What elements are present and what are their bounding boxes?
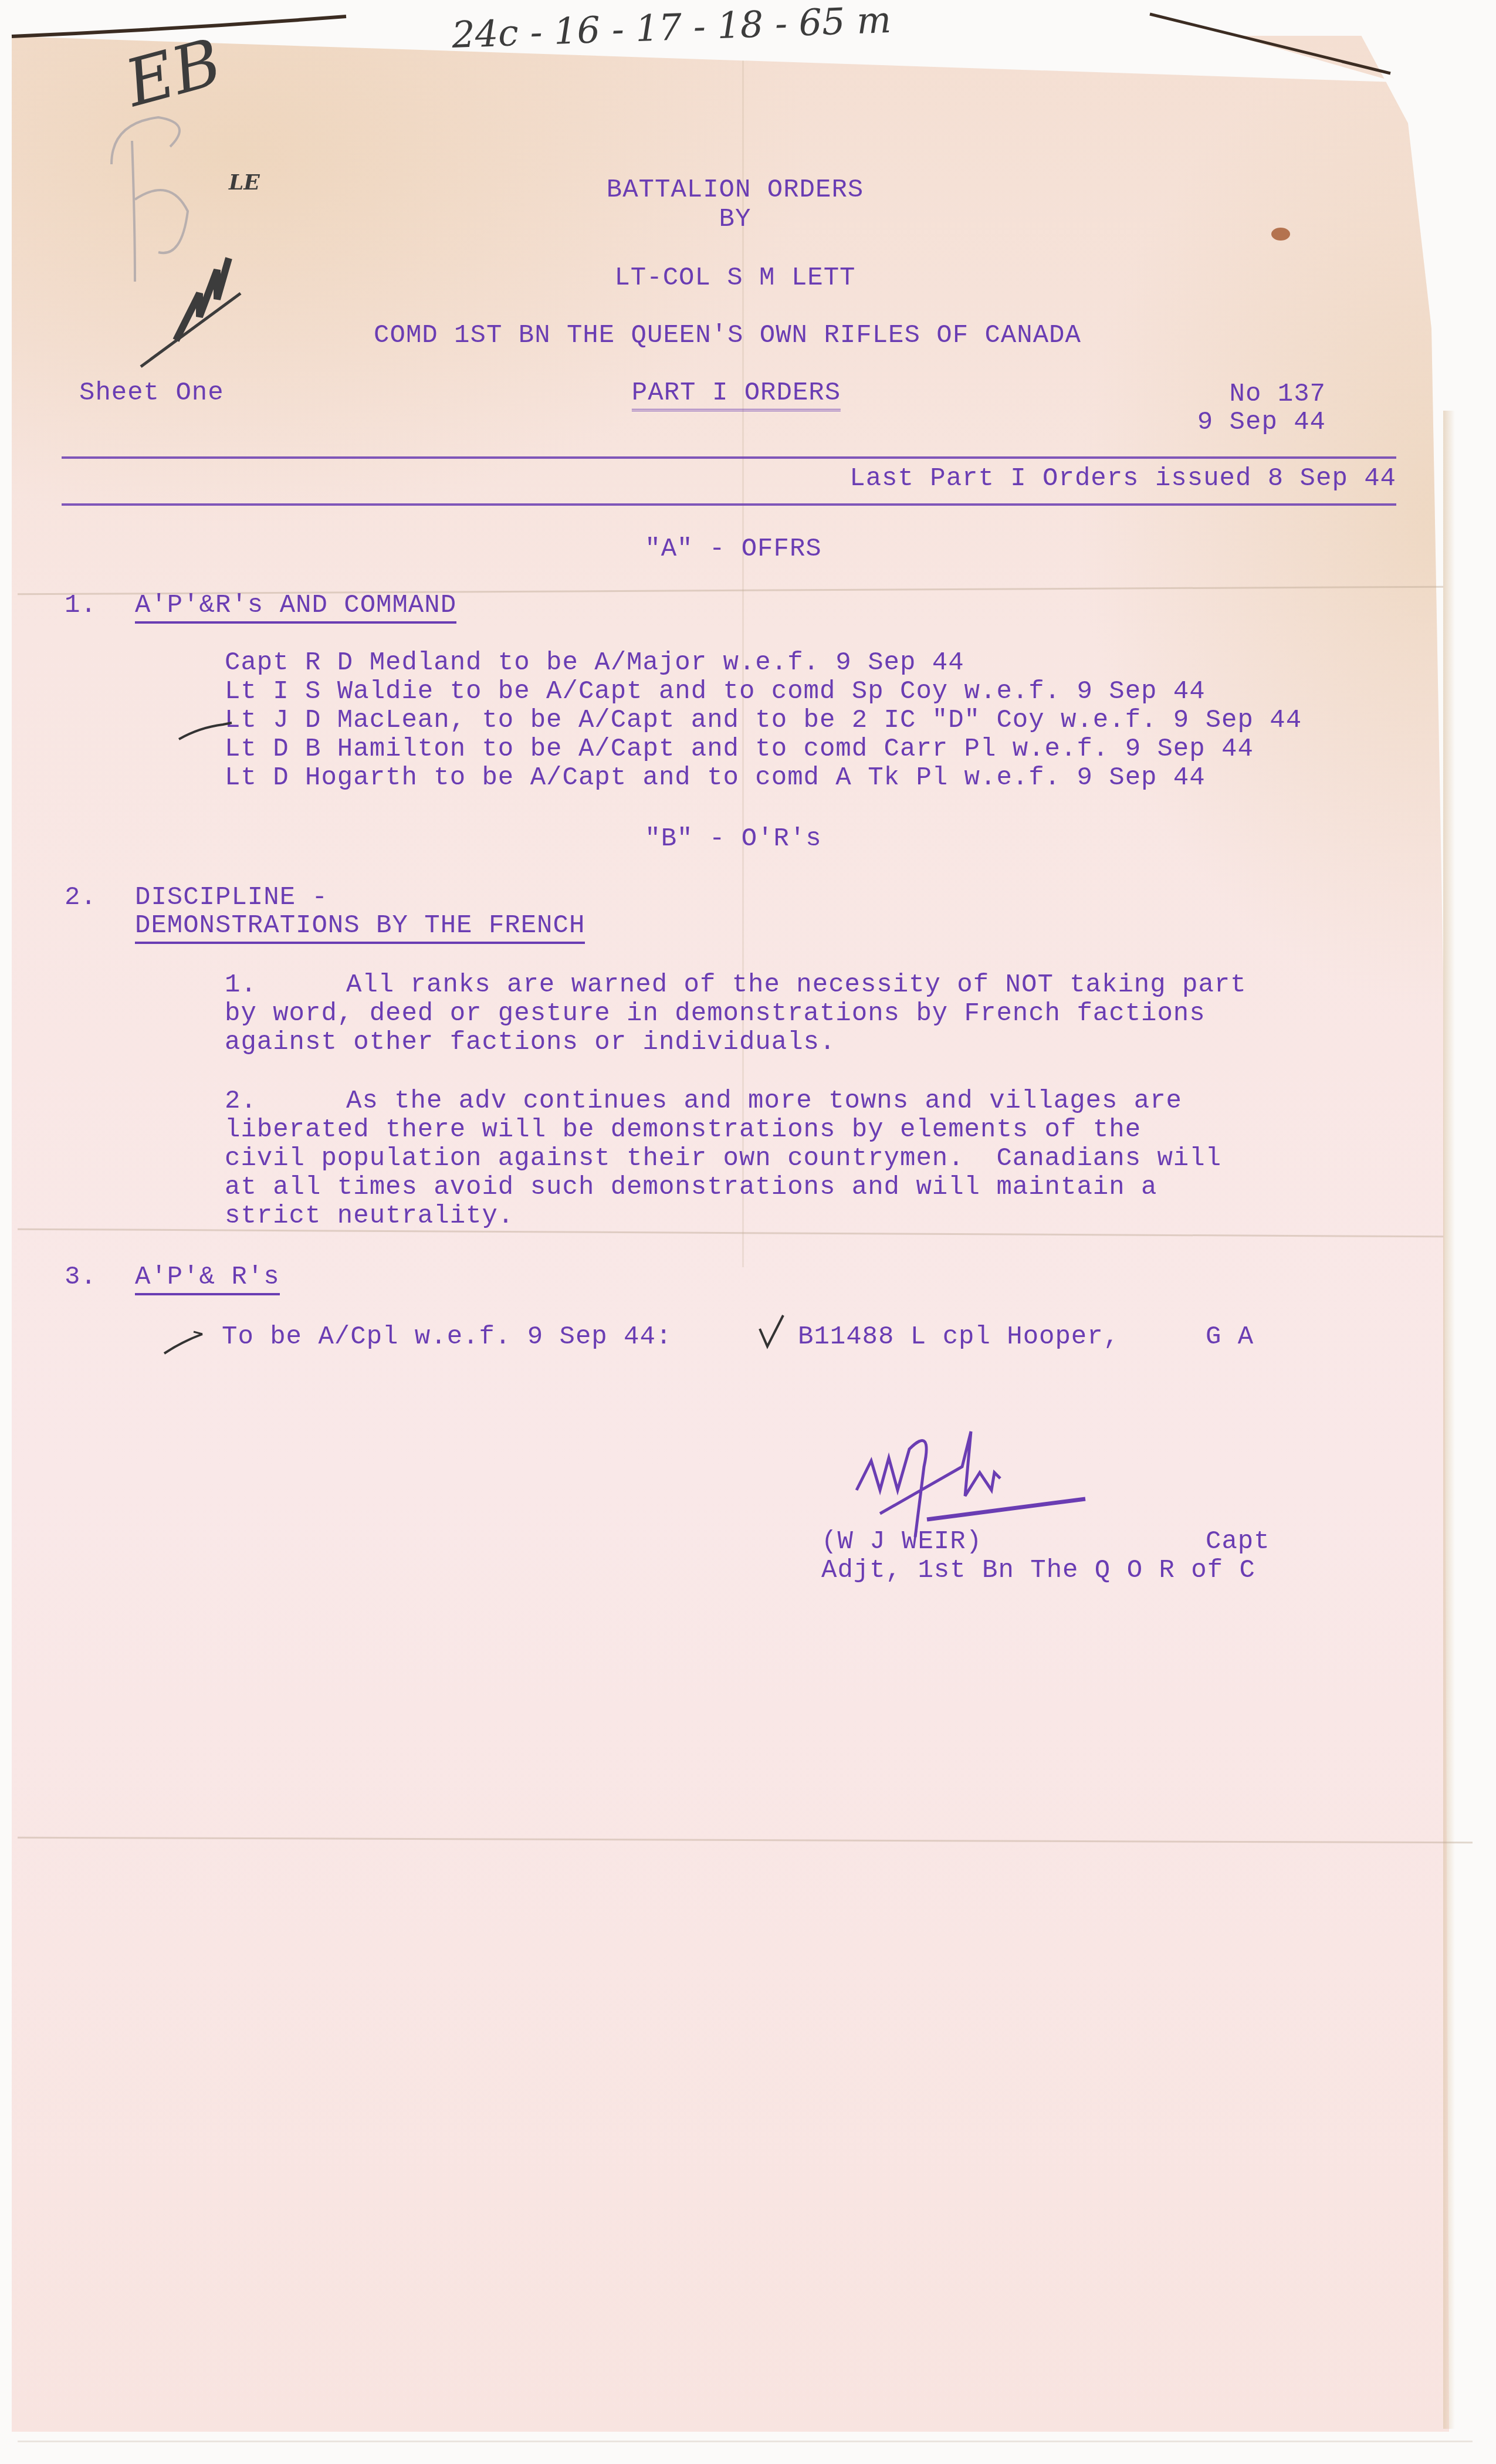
- signatory-appointment: Adjt, 1st Bn The Q O R of C: [821, 1556, 1255, 1585]
- tick-mark-icon: [176, 710, 235, 745]
- order-date: 9 Sep 44: [1197, 408, 1326, 437]
- paragraph-line: strict neutrality.: [225, 1202, 514, 1231]
- handwritten-initials-margin: [135, 223, 223, 352]
- document-by: BY: [719, 205, 752, 234]
- paragraph-line: by word, deed or gesture in demonstratio…: [225, 1000, 1206, 1028]
- order-number: No 137: [1230, 380, 1326, 409]
- item-3-title: A'P'& R's: [135, 1263, 280, 1295]
- sheet-label: Sheet One: [79, 379, 224, 408]
- signatory-name: (W J WEIR): [821, 1528, 982, 1556]
- paragraph-line: civil population against their own count…: [225, 1145, 1221, 1173]
- item-2-subtitle: DEMONSTRATIONS BY THE FRENCH: [135, 912, 585, 944]
- paragraph-line: at all times avoid such demonstrations a…: [225, 1173, 1157, 1202]
- last-issued-note: Last Part I Orders issued 8 Sep 44: [849, 465, 1396, 493]
- commander-name: LT-COL S M LETT: [614, 264, 855, 293]
- paragraph-line: As the adv continues and more towns and …: [346, 1087, 1182, 1116]
- unit-name: COMD 1ST BN THE QUEEN'S OWN RIFLES OF CA…: [374, 321, 1081, 350]
- handwritten-superscript: LE: [229, 170, 260, 195]
- part-title: PART I ORDERS: [632, 379, 841, 411]
- signatory-rank: Capt: [1206, 1528, 1270, 1556]
- section-b-heading: "B" - O'R's: [645, 825, 821, 854]
- item-1-title: A'P'&R's AND COMMAND: [135, 591, 456, 624]
- promotion-line-prefix: To be A/Cpl w.e.f. 9 Sep 44:: [222, 1323, 672, 1352]
- fold-crease: [18, 2441, 1473, 2442]
- item-1-number: 1.: [65, 591, 97, 620]
- paragraph-line: liberated there will be demonstrations b…: [225, 1116, 1141, 1145]
- paragraph-number: 2.: [225, 1087, 257, 1116]
- check-mark-icon: [757, 1314, 792, 1349]
- promotion-line-subject: B11488 L cpl Hooper,: [798, 1323, 1119, 1352]
- paper-edge: [1443, 411, 1455, 2429]
- stain-mark: [1271, 228, 1290, 241]
- paragraph-line: All ranks are warned of the necessity of…: [346, 971, 1247, 1000]
- document-title: BATTALION ORDERS: [607, 176, 864, 205]
- item-2-title: DISCIPLINE -: [135, 884, 328, 912]
- divider-rule: [62, 456, 1396, 459]
- section-a-heading: "A" - OFFRS: [645, 535, 821, 564]
- appointment-line: Lt I S Waldie to be A/Capt and to comd S…: [225, 678, 1206, 706]
- paragraph-line: against other factions or individuals.: [225, 1028, 835, 1057]
- appointment-line: Lt D B Hamilton to be A/Capt and to comd…: [225, 735, 1254, 764]
- item-3-number: 3.: [65, 1263, 97, 1292]
- appointment-line: Lt D Hogarth to be A/Capt and to comd A …: [225, 764, 1206, 793]
- tick-mark-icon: [161, 1327, 208, 1356]
- appointment-line: Capt R D Medland to be A/Major w.e.f. 9 …: [225, 649, 964, 678]
- signature-scribble: [845, 1426, 1091, 1543]
- divider-rule: [62, 503, 1396, 506]
- item-2-number: 2.: [65, 884, 97, 912]
- paragraph-number: 1.: [225, 971, 257, 1000]
- promotion-line-initials: G A: [1206, 1323, 1254, 1352]
- appointment-line: Lt J D MacLean, to be A/Capt and to be 2…: [225, 706, 1302, 735]
